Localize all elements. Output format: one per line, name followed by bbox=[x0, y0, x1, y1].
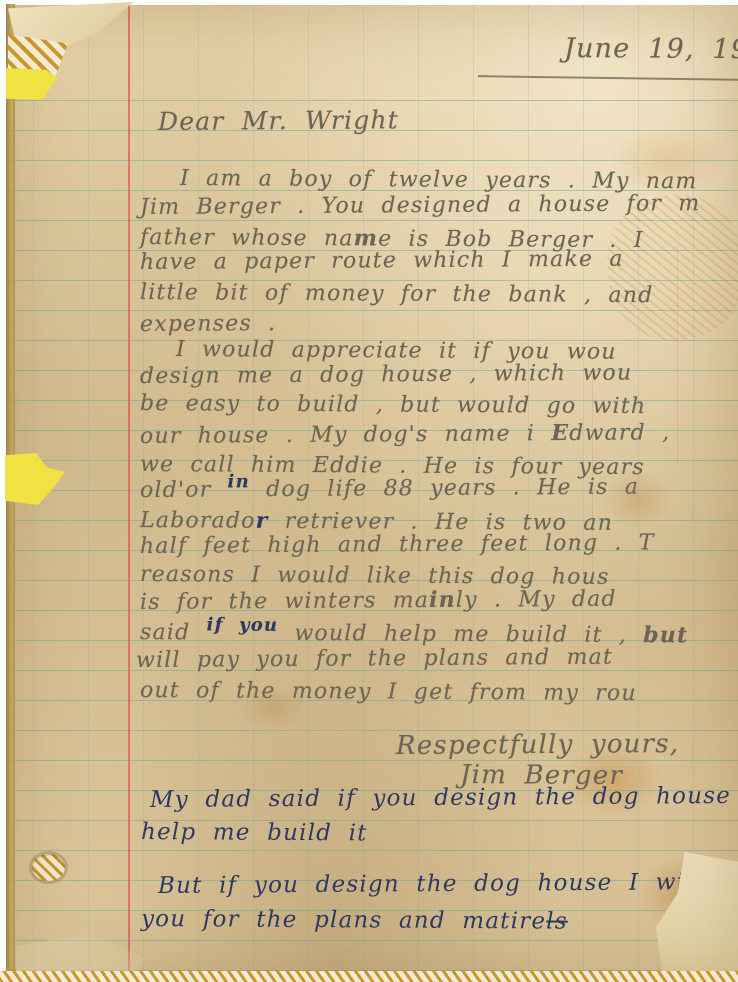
letter-text-layer: June 19, 19Dear Mr. WrightI am a boy of … bbox=[8, 5, 738, 982]
handwritten-line-body: out of the money I get from my rou bbox=[140, 677, 637, 709]
paper: June 19, 19Dear Mr. WrightI am a boy of … bbox=[8, 5, 738, 982]
handwritten-line-postscript: But if you design the dog house I will bbox=[158, 868, 702, 902]
handwritten-line-valediction: Respectfully yours, bbox=[396, 728, 679, 764]
handwritten-line-body: half feet high and three feet long . T bbox=[140, 529, 655, 561]
handwritten-line-body: Jim Berger . You designed a house for m bbox=[140, 190, 701, 223]
scanned-letter: June 19, 19Dear Mr. WrightI am a boy of … bbox=[0, 0, 738, 982]
handwritten-line-body: little bit of money for the bank , and bbox=[140, 279, 654, 311]
handwritten-line-date-line: June 19, 19 bbox=[564, 31, 738, 67]
handwritten-line-postscript: My dad said if you design the dog house … bbox=[150, 781, 738, 816]
striped-binding-bottom bbox=[0, 971, 738, 982]
handwritten-line-body: old'or in dog life 88 years . He is a bbox=[140, 474, 639, 506]
punch-hole bbox=[32, 854, 65, 881]
handwritten-line-salutation: Dear Mr. Wright bbox=[158, 104, 399, 138]
handwritten-line-body: is for the winters mainly . My dad bbox=[140, 585, 617, 618]
handwritten-line-postscript: help me build it bbox=[141, 818, 368, 849]
handwritten-line-body: have a paper route which I make a bbox=[140, 246, 624, 278]
handwritten-line-body: will pay you for the plans and mat bbox=[136, 644, 613, 676]
handwritten-line-body: expenses . bbox=[140, 310, 276, 340]
handwritten-line-postscript: you for the plans and matirels bbox=[141, 905, 568, 937]
handwritten-line-body: design me a dog house , which wou bbox=[140, 360, 633, 392]
handwritten-line-body: our house . My dog's name i Edward , bbox=[140, 418, 670, 451]
handwritten-line-body: be easy to build , but would go with bbox=[140, 390, 646, 422]
